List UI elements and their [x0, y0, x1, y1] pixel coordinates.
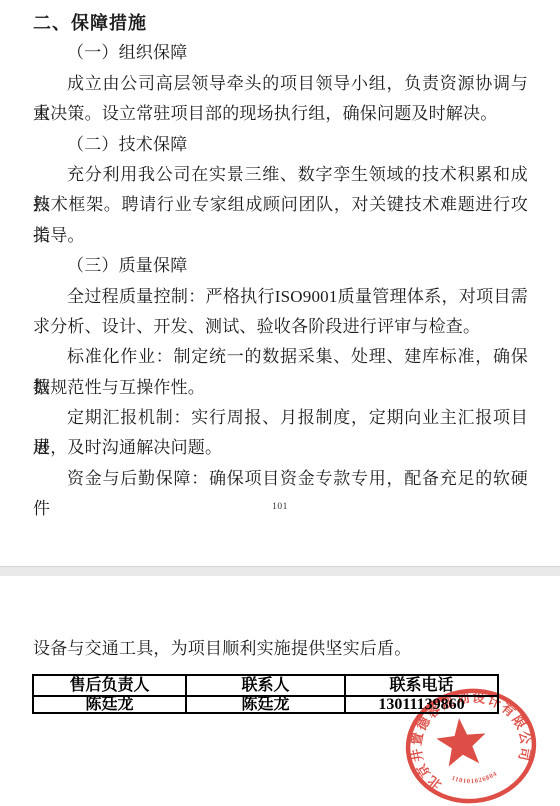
header-contact-person: 联系人: [186, 675, 345, 696]
body-line: 标准化作业：制定统一的数据采集、处理、建库标准，确保数: [33, 342, 528, 372]
header-contact-phone: 联系电话: [345, 675, 498, 696]
body-line: 定期汇报机制：实行周报、月报制度，定期向业主汇报项目进: [33, 403, 528, 433]
body-line: 据规范性与互操作性。: [33, 373, 528, 403]
body-line: 设备与交通工具，为项目顺利实施提供坚实后盾。: [33, 638, 411, 660]
body-line: 成立由公司高层领导牵头的项目领导小组，负责资源协调与重: [33, 69, 528, 99]
body-line: （三）质量保障: [33, 251, 528, 281]
body-line: 大决策。设立常驻项目部的现场执行组，确保问题及时解决。: [33, 99, 528, 129]
section-heading: 二、保障措施: [33, 8, 528, 38]
body-line: 展，及时沟通解决问题。: [33, 433, 528, 463]
document-page-1: 二、保障措施 （一）组织保障 成立由公司高层领导牵头的项目领导小组，负责资源协调…: [0, 0, 560, 566]
body-line: 求分析、设计、开发、测试、验收各阶段进行评审与检查。: [33, 312, 528, 342]
page1-content: 二、保障措施 （一）组织保障 成立由公司高层领导牵头的项目领导小组，负责资源协调…: [33, 8, 528, 494]
body-line: 充分利用我公司在实景三维、数字孪生领域的技术积累和成熟: [33, 160, 528, 190]
cell-after-sales-manager: 陈廷龙: [33, 696, 186, 713]
cell-contact-person: 陈廷龙: [186, 696, 345, 713]
page-number: 101: [0, 502, 560, 512]
cell-contact-phone: 13011139860: [345, 696, 498, 713]
body-line: （二）技术保障: [33, 130, 528, 160]
document-page-2: 设备与交通工具，为项目顺利实施提供坚实后盾。 售后负责人 联系人 联系电话 陈廷…: [0, 576, 560, 806]
body-line: 指导。: [33, 221, 528, 251]
after-sales-contact-table: 售后负责人 联系人 联系电话 陈廷龙 陈廷龙 13011139860: [32, 674, 499, 714]
body-line: 技术框架。聘请行业专家组成顾问团队，对关键技术难题进行攻关: [33, 190, 528, 220]
table-row: 陈廷龙 陈廷龙 13011139860: [33, 696, 498, 713]
body-line: 全过程质量控制：严格执行ISO9001质量管理体系，对项目需: [33, 282, 528, 312]
body-line: 资金与后勤保障：确保项目资金专款专用，配备充足的软硬件: [33, 464, 528, 494]
table-header-row: 售后负责人 联系人 联系电话: [33, 675, 498, 696]
header-after-sales-manager: 售后负责人: [33, 675, 186, 696]
star-icon: [434, 716, 488, 768]
body-line: （一）组织保障: [33, 38, 528, 68]
